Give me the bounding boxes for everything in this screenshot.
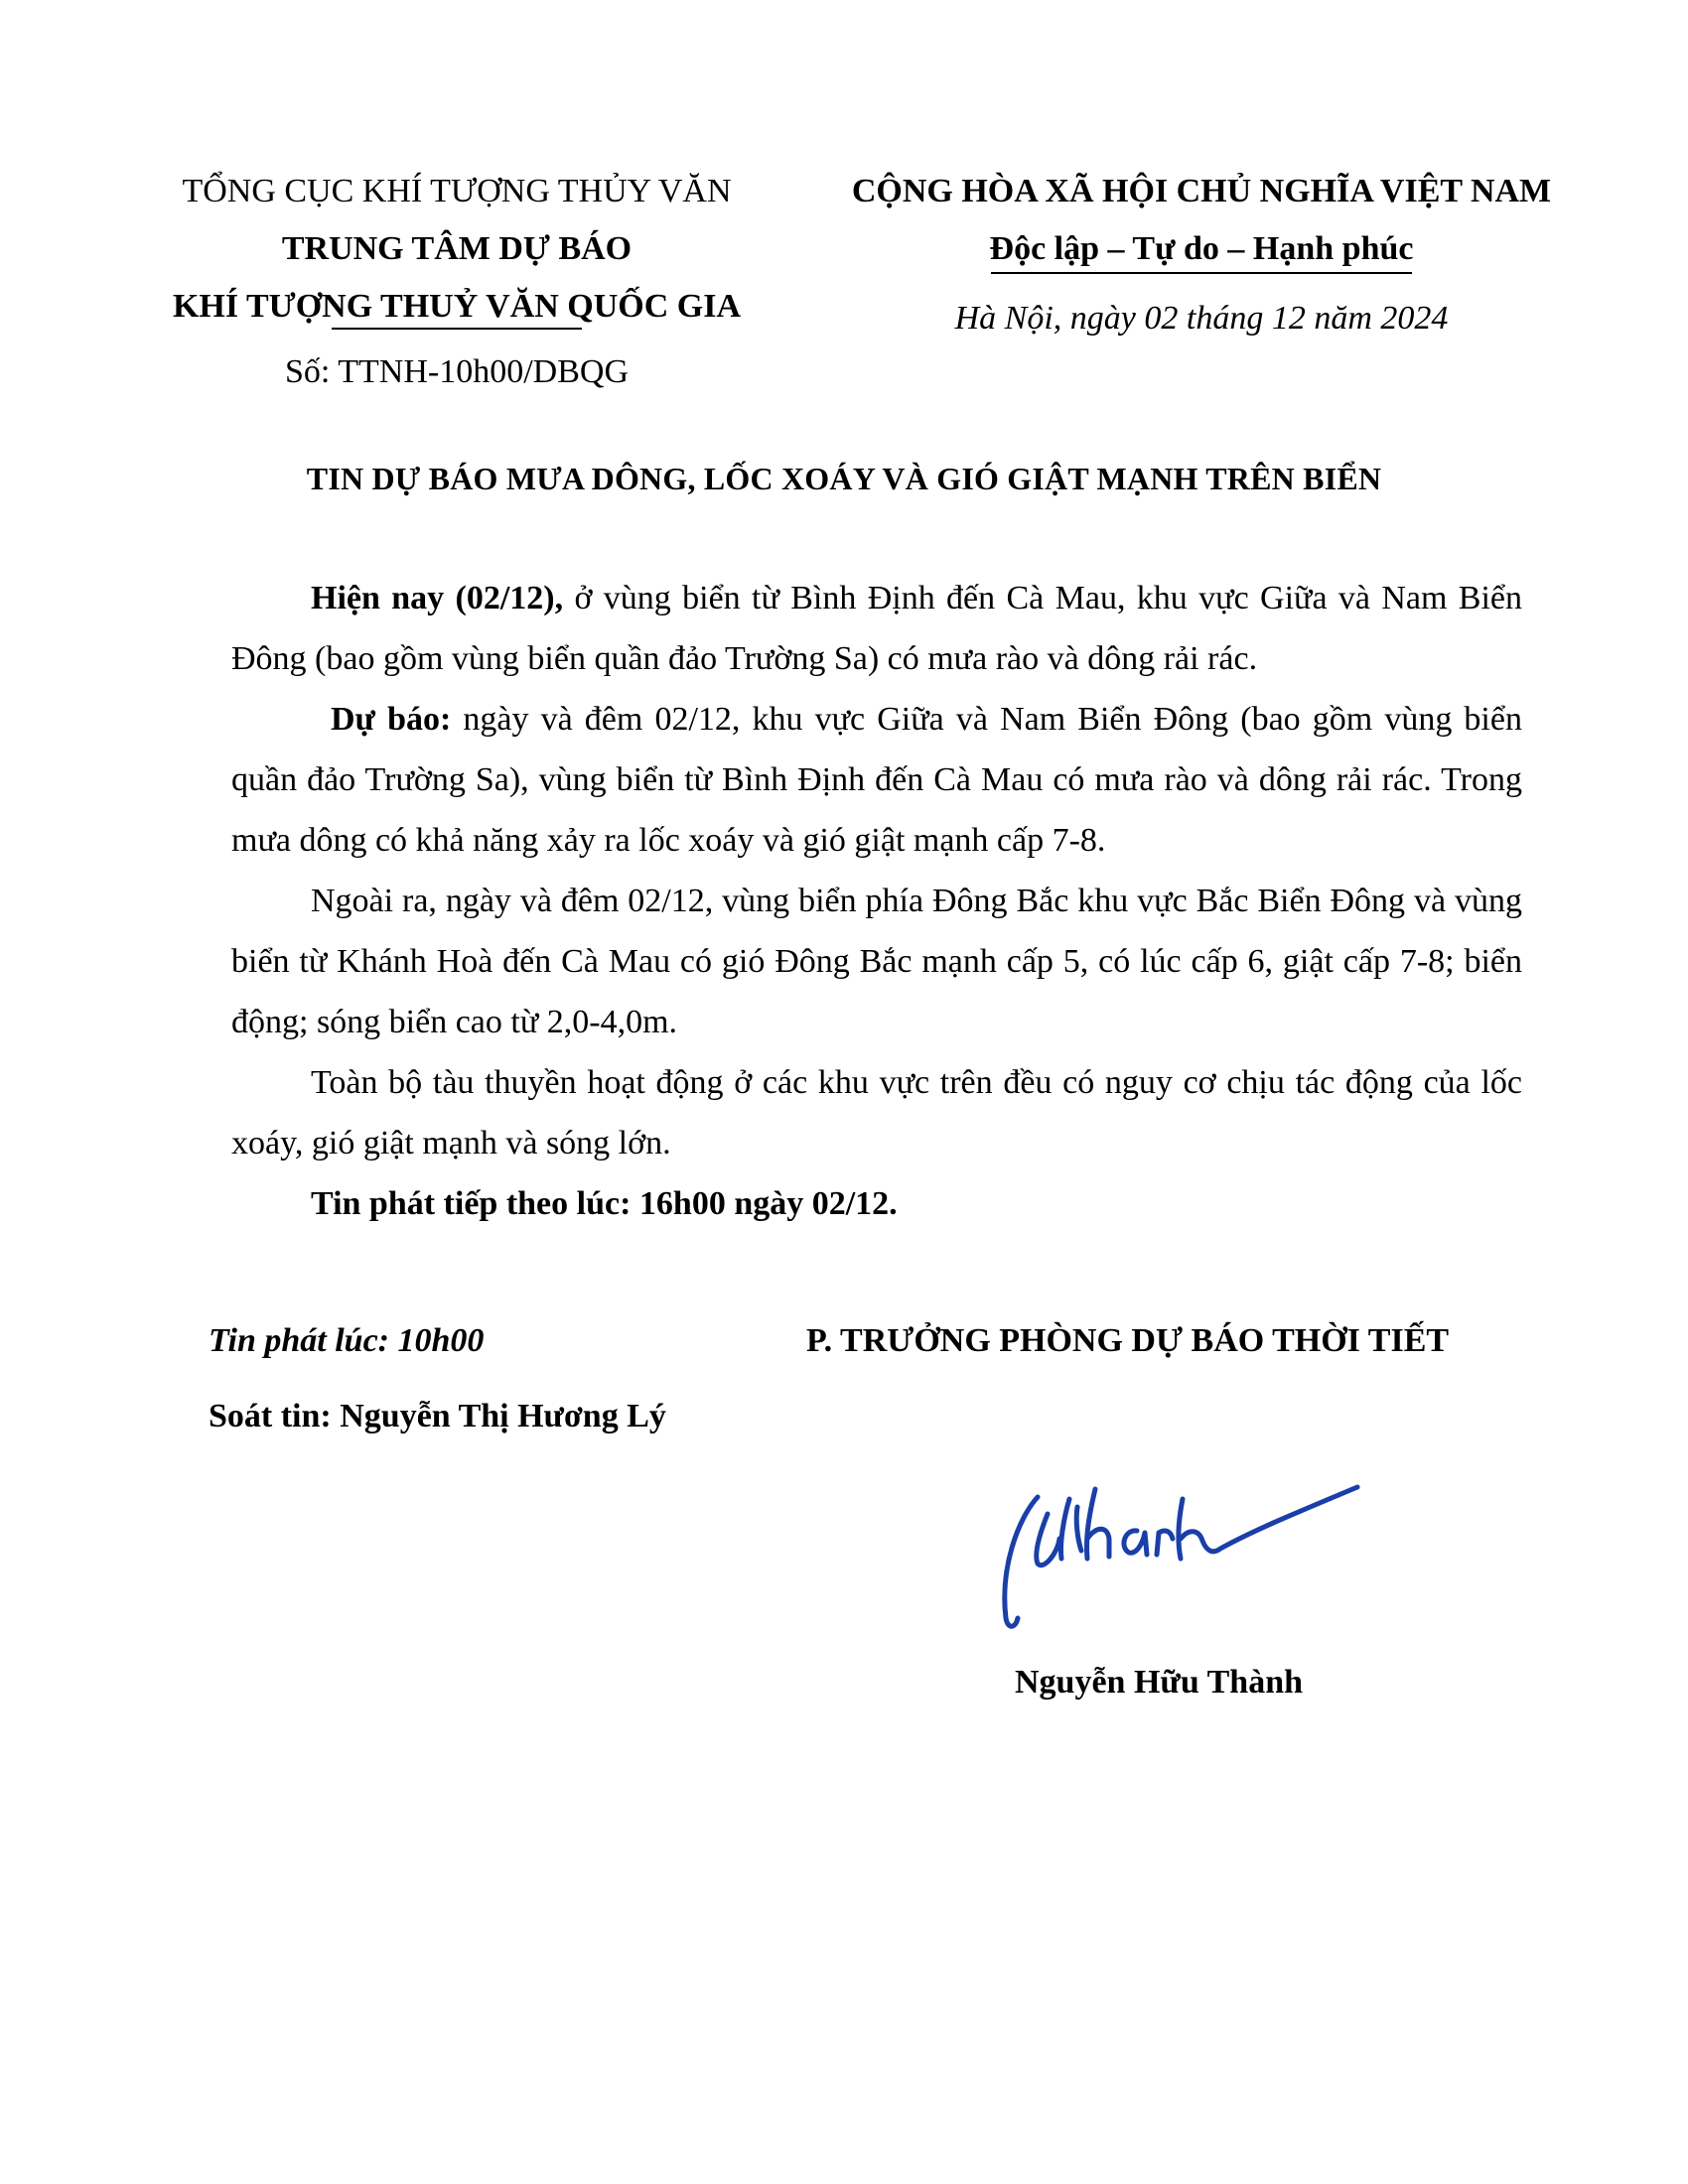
document-number: Số: TTNH-10h00/DBQG	[149, 343, 765, 401]
place-date: Hà Nội, ngày 02 tháng 12 năm 2024	[814, 290, 1589, 347]
issued-time: Tin phát lúc: 10h00	[209, 1322, 484, 1360]
country-name: CỘNG HÒA XÃ HỘI CHỦ NGHĨA VIỆT NAM	[814, 163, 1589, 220]
agency-header: TỔNG CỤC KHÍ TƯỢNG THỦY VĂN TRUNG TÂM DỰ…	[149, 163, 765, 401]
signature-image	[978, 1459, 1375, 1638]
paragraph-additional: Ngoài ra, ngày và đêm 02/12, vùng biển p…	[231, 871, 1522, 1052]
document-title: TIN DỰ BÁO MƯA DÔNG, LỐC XOÁY VÀ GIÓ GIẬ…	[0, 461, 1688, 497]
signer-name: Nguyễn Hữu Thành	[1015, 1664, 1303, 1702]
signer-title: P. TRƯỞNG PHÒNG DỰ BÁO THỜI TIẾT	[806, 1322, 1449, 1360]
paragraph-warning: Toàn bộ tàu thuyền hoạt động ở các khu v…	[231, 1052, 1522, 1173]
reviewer: Soát tin: Nguyễn Thị Hương Lý	[209, 1398, 666, 1435]
document-body: Hiện nay (02/12), ở vùng biển từ Bình Đị…	[231, 568, 1522, 1234]
agency-name-line1: TRUNG TÂM DỰ BÁO	[149, 220, 765, 278]
agency-name-line2: KHÍ TƯỢNG THUỶ VĂN QUỐC GIA	[149, 278, 765, 336]
next-bulletin: Tin phát tiếp theo lúc: 16h00 ngày 02/12…	[231, 1173, 1522, 1234]
agency-parent: TỔNG CỤC KHÍ TƯỢNG THỦY VĂN	[149, 163, 765, 220]
current-situation-lead: Hiện nay (02/12),	[311, 580, 563, 616]
national-header: CỘNG HÒA XÃ HỘI CHỦ NGHĨA VIỆT NAM Độc l…	[814, 163, 1589, 347]
paragraph-forecast: Dự báo: ngày và đêm 02/12, khu vực Giữa …	[231, 689, 1522, 871]
paragraph-current-situation: Hiện nay (02/12), ở vùng biển từ Bình Đị…	[231, 568, 1522, 689]
forecast-lead: Dự báo:	[331, 701, 451, 738]
national-motto: Độc lập – Tự do – Hạnh phúc	[814, 220, 1589, 278]
signature-strokes	[1005, 1487, 1357, 1626]
